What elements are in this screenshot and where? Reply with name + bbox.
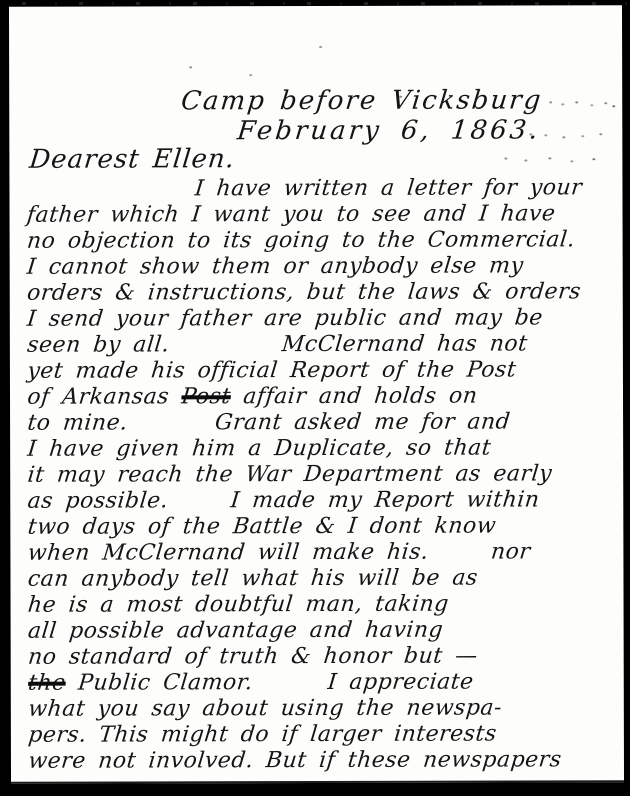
letter-line: I have given him a Duplicate, so that xyxy=(26,435,619,463)
scanned-letter-page: Camp before Vicksburg February 6, 1863. … xyxy=(0,0,630,796)
letter-line: he is a most doubtful man, taking xyxy=(27,591,620,619)
letter-line: I send your father are public and may be xyxy=(26,305,619,333)
scan-noise-speck xyxy=(189,66,192,68)
letter-line: I cannot show them or anybody else my xyxy=(26,253,619,281)
letter-body: I have written a letter for yourfather w… xyxy=(25,175,617,775)
line-text: father which I want you to see and I hav… xyxy=(26,201,557,227)
struck-out-word: Post xyxy=(180,384,232,409)
line-text: pers. This might do if larger interests xyxy=(27,722,498,748)
line-text: affair and holds on xyxy=(230,384,479,410)
line-text: orders & instructions, but the laws & or… xyxy=(26,279,582,305)
line-text: I cannot show them or anybody else my xyxy=(26,253,525,279)
line-text: I have written a letter for your xyxy=(194,175,584,201)
letter-line: pers. This might do if larger interests xyxy=(27,721,620,749)
letter-line: no standard of truth & honor but — xyxy=(27,643,620,671)
line-text: two days of the Battle & I dont know xyxy=(26,514,497,540)
letter-line: seen by all. McClernand has not xyxy=(26,331,619,359)
line-text: Public Clamor. I appreciate xyxy=(64,670,474,696)
line-text: were not involved. But if these newspape… xyxy=(27,747,563,773)
letter-line: when McClernand will make his. nor xyxy=(26,539,619,567)
line-text: to mine. Grant asked me for and xyxy=(26,409,511,435)
line-text: he is a most doubtful man, taking xyxy=(27,592,450,618)
letter-line: no objection to its going to the Commerc… xyxy=(26,227,619,255)
letter-paper: Camp before Vicksburg February 6, 1863. … xyxy=(9,5,624,784)
line-text: no standard of truth & honor but — xyxy=(27,644,479,670)
line-text: all possible advantage and having xyxy=(27,618,445,644)
line-text: as possible. I made my Report within xyxy=(26,487,540,513)
letter-line: all possible advantage and having xyxy=(27,617,620,645)
letter-line: yet made his official Report of the Post xyxy=(26,357,619,385)
letter-line: to mine. Grant asked me for and xyxy=(26,409,619,437)
letter-salutation: Dearest Ellen. xyxy=(28,144,237,175)
line-text: I send your father are public and may be xyxy=(26,305,544,331)
line-text: what you say about using the newspa- xyxy=(27,696,503,722)
letter-line: were not involved. But if these newspape… xyxy=(27,747,620,775)
letter-line: father which I want you to see and I hav… xyxy=(26,201,619,229)
scan-noise-speck xyxy=(549,101,552,103)
letter-line: can anybody tell what his will be as xyxy=(27,565,620,593)
line-text: I have given him a Duplicate, so that xyxy=(26,436,492,462)
letter-line: it may reach the War Department as early xyxy=(26,461,619,489)
struck-out-word: the xyxy=(27,671,67,696)
scan-noise-speck xyxy=(504,157,507,159)
line-text: seen by all. McClernand has not xyxy=(26,331,529,357)
line-text: no objection to its going to the Commerc… xyxy=(26,227,577,253)
scan-noise-speck xyxy=(529,133,532,135)
letter-line: what you say about using the newspa- xyxy=(27,695,620,723)
letter-line: I have written a letter for your xyxy=(25,175,618,203)
line-text: when McClernand will make his. nor xyxy=(27,539,532,565)
letter-line: orders & instructions, but the laws & or… xyxy=(26,279,619,307)
line-text: yet made his official Report of the Post xyxy=(26,357,517,383)
letter-line: of Arkansas Post affair and holds on xyxy=(26,383,619,411)
letter-line: the Public Clamor. I appreciate xyxy=(27,669,620,697)
line-text: can anybody tell what his will be as xyxy=(27,566,480,592)
letter-dateline-place: Camp before Vicksburg xyxy=(180,85,544,116)
line-text: of Arkansas xyxy=(26,384,183,409)
letter-dateline-date: February 6, 1863. xyxy=(236,115,542,146)
letter-line: two days of the Battle & I dont know xyxy=(26,513,619,541)
letter-line: as possible. I made my Report within xyxy=(26,487,619,515)
line-text: it may reach the War Department as early xyxy=(26,461,553,487)
